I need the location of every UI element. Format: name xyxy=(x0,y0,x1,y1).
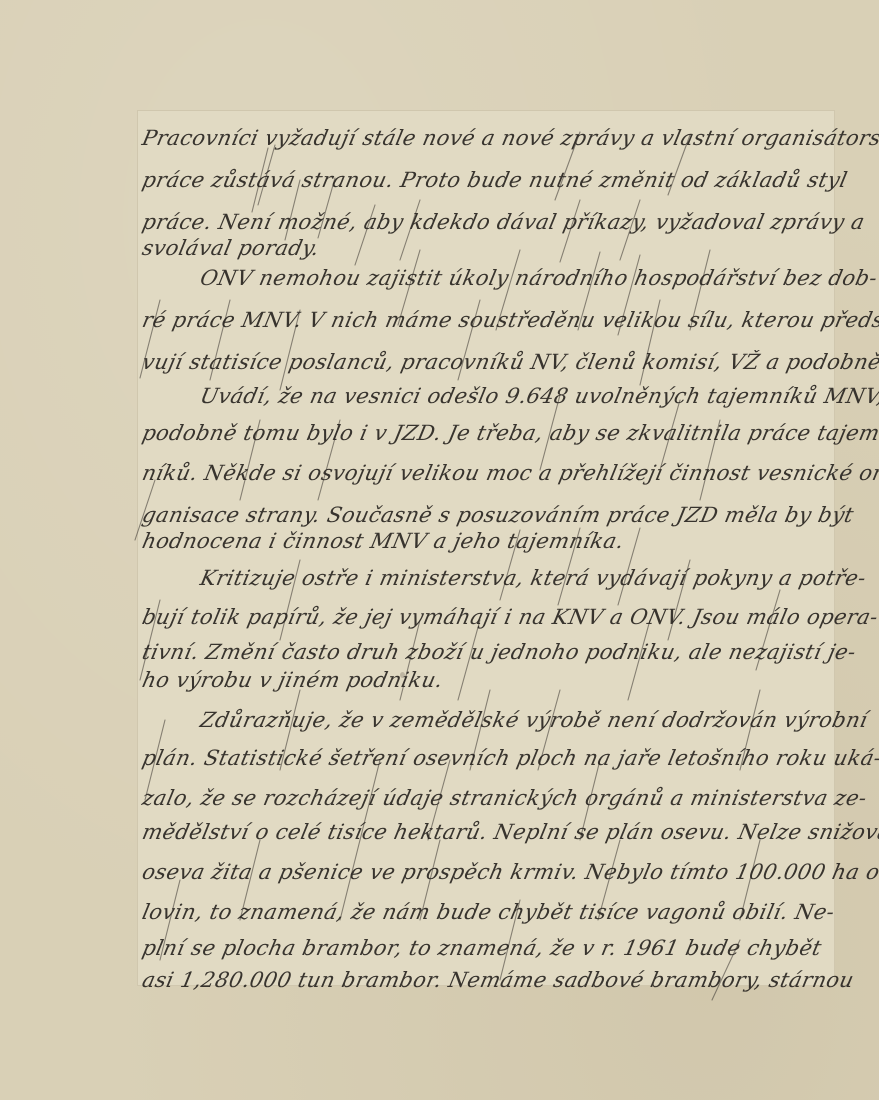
text-line: tivní. Změní často druh zboží u jednoho … xyxy=(140,640,858,664)
text-line: ganisace strany. Současně s posuzováním … xyxy=(140,503,856,527)
text-line: práce. Není možné, aby kdekdo dával přík… xyxy=(140,210,867,234)
text-line: ONV nemohou zajistit úkoly národního hos… xyxy=(140,266,879,290)
text-line: zalo, že se rozcházejí údaje stranických… xyxy=(140,786,869,810)
text-line: lovin, to znamená, že nám bude chybět ti… xyxy=(140,900,837,924)
text-line: práce zůstává stranou. Proto bude nutné … xyxy=(140,168,850,192)
text-line: ho výrobu v jiném podniku. xyxy=(140,668,445,692)
text-line: níků. Někde si osvojují velikou moc a př… xyxy=(140,461,879,485)
text-line: asi 1,280.000 tun brambor. Nemáme sadbov… xyxy=(140,968,856,992)
text-line: oseva žita a pšenice ve prospěch krmiv. … xyxy=(140,860,879,884)
text-line: hodnocena i činnost MNV a jeho tajemníka… xyxy=(140,529,626,553)
text-line: mědělství o celé tisíce hektarů. Neplní … xyxy=(140,820,879,844)
text-line: vují statisíce poslanců, pracovníků NV, … xyxy=(140,350,879,374)
text-line: Uvádí, že na vesnici odešlo 9.648 uvolně… xyxy=(140,384,879,408)
text-line: ré práce MNV. V nich máme soustředěnu ve… xyxy=(140,308,879,332)
text-line: svolával porady. xyxy=(140,236,322,260)
text-line: Pracovníci vyžadují stále nové a nové zp… xyxy=(140,126,879,150)
text-line: podobně tomu bylo i v JZD. Je třeba, aby… xyxy=(140,421,879,445)
text-line: bují tolik papírů, že jej vymáhají i na … xyxy=(140,605,879,629)
text-line: Kritizuje ostře i ministerstva, která vy… xyxy=(140,566,868,590)
text-line: Zdůrazňuje, že v zemědělské výrobě není … xyxy=(140,708,870,732)
text-line: plán. Statistické šetření osevních ploch… xyxy=(140,746,879,770)
text-line: plní se plocha brambor, to znamená, že v… xyxy=(140,936,824,960)
paper-speck xyxy=(400,672,405,678)
